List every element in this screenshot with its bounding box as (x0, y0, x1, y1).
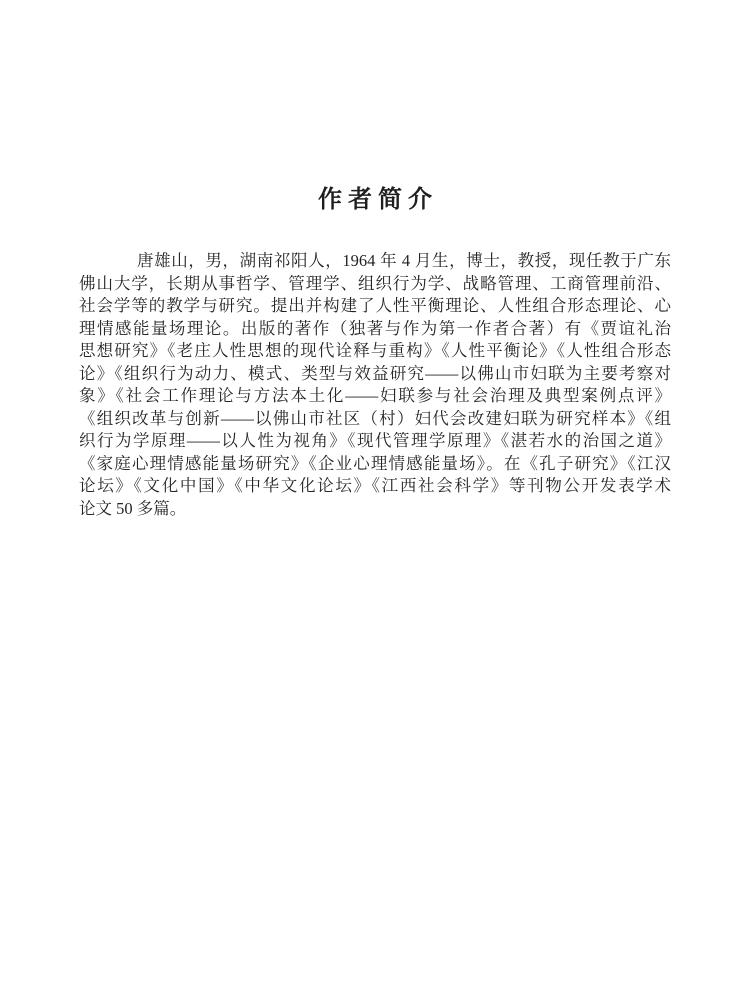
bio-line: 象》《社会工作理论与方法本土化——妇联参与社会治理及典型案例点评》 (79, 385, 671, 408)
bio-line: 唐雄山，男，湖南祁阳人，1964 年 4 月生，博士，教授，现任教于广东 (79, 250, 671, 273)
bio-line: 《组织改革与创新——以佛山市社区（村）妇代会改建妇联为研究样本》《组 (79, 408, 671, 431)
bio-line: 论文 50 多篇。 (79, 498, 671, 521)
author-bio: 唐雄山，男，湖南祁阳人，1964 年 4 月生，博士，教授，现任教于广东 佛山大… (79, 250, 671, 520)
bio-line: 织行为学原理——以人性为视角》《现代管理学原理》《湛若水的治国之道》 (79, 430, 671, 453)
bio-line: 论坛》《文化中国》《中华文化论坛》《江西社会科学》等刊物公开发表学术 (79, 475, 671, 498)
bio-line: 论》《组织行为动力、模式、类型与效益研究——以佛山市妇联为主要考察对 (79, 363, 671, 386)
bio-line: 理情感能量场理论。出版的著作（独著与作为第一作者合著）有《贾谊礼治 (79, 318, 671, 341)
bio-line: 思想研究》《老庄人性思想的现代诠释与重构》《人性平衡论》《人性组合形态 (79, 340, 671, 363)
page-title: 作者简介 (0, 179, 750, 214)
bio-line: 《家庭心理情感能量场研究》《企业心理情感能量场》。在《孔子研究》《江汉 (79, 453, 671, 476)
bio-line: 佛山大学，长期从事哲学、管理学、组织行为学、战略管理、工商管理前沿、 (79, 273, 671, 296)
book-page: 作者简介 唐雄山，男，湖南祁阳人，1964 年 4 月生，博士，教授，现任教于广… (0, 0, 750, 1000)
bio-line: 社会学等的教学与研究。提出并构建了人性平衡理论、人性组合形态理论、心 (79, 295, 671, 318)
